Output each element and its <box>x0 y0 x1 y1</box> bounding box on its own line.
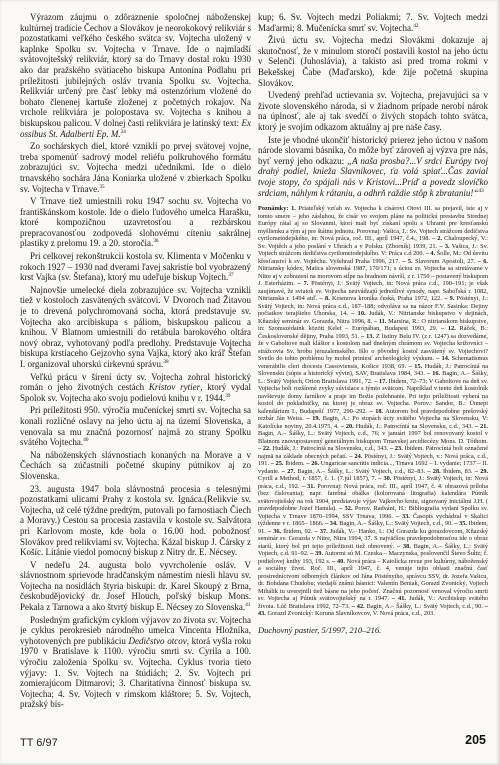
footnote-ref: 37 <box>228 272 233 278</box>
left-column: Výrazom záujmu o zdôraznenie spoločnej n… <box>20 12 251 718</box>
footnote-entry: – 5. Slavorum Apostoli, 27. <box>400 258 475 265</box>
body-paragraph: Zo sochárskych diel, ktoré vznikli po pr… <box>20 141 251 194</box>
footnotes-block: Poznámky: 1. Priateľský vzťah sv. Vojtec… <box>258 205 488 618</box>
body-paragraph: Živú úctu sv. Vojtecha medzi Slovákmi do… <box>258 35 488 88</box>
footnote-ref: 42 <box>413 23 418 29</box>
footnotes-label: Poznámky: <box>258 205 288 212</box>
source-citation: Duchovný pastier, 5/1997, 210–216. <box>258 625 488 635</box>
body-paragraph: Pri príležitosti 950. výročia mučeníckej… <box>20 405 251 447</box>
footnote-ref: 35 <box>99 184 104 190</box>
footnote-ref: 43 <box>478 188 483 194</box>
body-paragraph: Iste je vhodné ukončiť historický priere… <box>258 135 488 199</box>
body-paragraph: Na náboženských slávnostiach konaných na… <box>20 450 251 482</box>
footnote-entry: – 28. Ibidem, 83. <box>425 468 472 475</box>
footnote-ref: 36 <box>153 238 158 244</box>
body-paragraph: 23. augusta 1947 bola slávnostná procesi… <box>20 484 251 558</box>
footnote-entry: – 8. Kosmova kronika česká, Praha 1972, … <box>317 295 442 302</box>
footnote-ref: 40 <box>83 437 88 443</box>
footnote-ref: 38 <box>163 359 168 365</box>
body-paragraph: V Trnave tiež umiestnili roku 1947 sochu… <box>20 196 251 249</box>
footnote-ref: 39 <box>225 393 230 399</box>
footnote-entry: – 36. Ibidem, 92. <box>266 528 313 535</box>
footnote-ref: 41 <box>245 602 250 608</box>
right-column: kup; 6. Sv. Vojtech medzi Poliakmi; 7. S… <box>258 12 488 724</box>
body-paragraph: Posledným grafickým cyklom výjavov zo ži… <box>20 615 251 710</box>
body-paragraph: Uvedený prehľad uctievania sv. Vojtecha,… <box>258 90 488 132</box>
footnote-entry: – 25. Ibidem. <box>269 460 305 467</box>
body-paragraph: Výrazom záujmu o zdôraznenie spoločnej n… <box>20 12 251 139</box>
body-paragraph: Pri celkovej rekonštrukcii kostola sv. K… <box>20 251 251 283</box>
journal-page: Výrazom záujmu o zdôraznenie spoločnej n… <box>0 0 500 765</box>
body-paragraph: kup; 6. Sv. Vojtech medzi Poliakmi; 7. S… <box>258 12 488 33</box>
footnote-entry: – 42. Bagin, A.– Šášky, L.: Svätý Vojtec… <box>350 603 483 610</box>
body-paragraph: V nedeľu 24. augusta bolo vyvrcholenie o… <box>20 560 251 613</box>
footnote-entry: – 27. Bagin, A.– Šášky, L.: Svätý Vojtec… <box>280 468 426 475</box>
footnote-entry: – 22. Hudák, J.: Patrocíniá na Slovensku… <box>258 445 388 452</box>
footnote-entry: – 34. Bagin, A.– Šášky, L.: Svätý Vojtec… <box>323 520 452 527</box>
footnote-ref: 34 <box>121 129 126 135</box>
journal-issue-label: TT 6/97 <box>20 737 58 749</box>
body-paragraph: Najnovšie umelecké diela zobrazujúce sv.… <box>20 285 251 370</box>
body-paragraph: Veľkú prácu v šírení úcty sv. Vojtecha z… <box>20 372 251 404</box>
page-number: 205 <box>465 733 486 747</box>
footnote-entry: – 20. Hudák, J.: Patrocíniá na Slovensku… <box>339 423 473 430</box>
